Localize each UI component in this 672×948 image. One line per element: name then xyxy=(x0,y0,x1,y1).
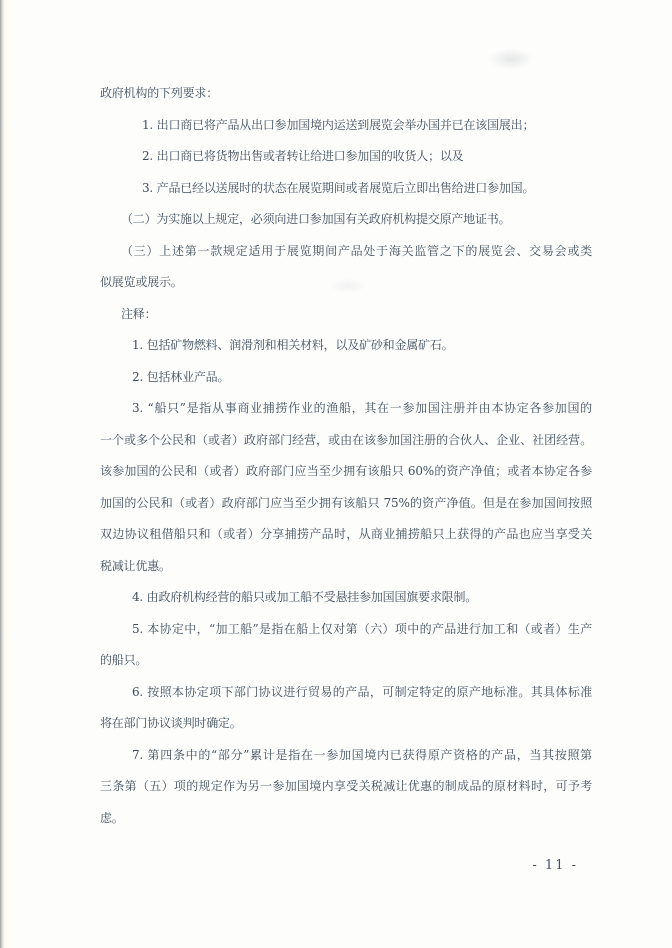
text-line: 1. 出口商已将产品从出口参加国境内运送到展览会举办国并已在该国展出； xyxy=(100,110,592,142)
text-line: 5. 本协定中，“加工船”是指在船上仅对第（六）项中的产品进行加工和（或者）生产 xyxy=(100,614,592,646)
text-line: 三条第（五）项的规定作为另一参加国境内享受关税减让优惠的制成品的原材料时，可予考 xyxy=(100,771,592,803)
paragraph: 政府机构的下列要求： xyxy=(100,78,592,110)
text-line: （三）上述第一款规定适用于展览期间产品处于海关监管之下的展览会、交易会或类 xyxy=(100,236,592,268)
text-line: 3. 产品已经以送展时的状态在展览期间或者展览后立即出售给进口参加国。 xyxy=(100,173,592,205)
paragraph: 3. 产品已经以送展时的状态在展览期间或者展览后立即出售给进口参加国。 xyxy=(100,173,592,205)
text-line: 似展览或展示。 xyxy=(100,267,592,299)
paragraph: （三）上述第一款规定适用于展览期间产品处于海关监管之下的展览会、交易会或类似展览… xyxy=(100,236,592,299)
paragraph: 7. 第四条中的“部分”累计是指在一参加国境内已获得原产资格的产品，当其按照第三… xyxy=(100,740,592,835)
scan-smudge xyxy=(488,48,534,70)
paragraph: 6. 按照本协定项下部门协议进行贸易的产品，可制定特定的原产地标准。其具体标准将… xyxy=(100,677,592,740)
text-line: 加国的公民和（或者）政府部门应当至少拥有该船只 75%的资产净值。但是在参加国间… xyxy=(100,488,592,520)
text-line: 4. 由政府机构经营的船只或加工船不受悬挂参加国国旗要求限制。 xyxy=(100,582,592,614)
paragraph: 1. 包括矿物燃料、润滑剂和相关材料，以及矿砂和金属矿石。 xyxy=(100,330,592,362)
text-line: 虑。 xyxy=(100,803,592,835)
page-number: - 11 - xyxy=(0,858,672,873)
text-line: 政府机构的下列要求： xyxy=(100,78,592,110)
paragraph: 3. “船只”是指从事商业捕捞作业的渔船，其在一参加国注册并由本协定各参加国的一… xyxy=(100,393,592,582)
text-line: 3. “船只”是指从事商业捕捞作业的渔船，其在一参加国注册并由本协定各参加国的 xyxy=(100,393,592,425)
text-line: 双边协议租借船只和（或者）分享捕捞产品时，从商业捕捞船只上获得的产品也应当享受关 xyxy=(100,519,592,551)
text-line: 7. 第四条中的“部分”累计是指在一参加国境内已获得原产资格的产品，当其按照第 xyxy=(100,740,592,772)
document-body: 政府机构的下列要求：1. 出口商已将产品从出口参加国境内运送到展览会举办国并已在… xyxy=(100,78,592,834)
document-page: 政府机构的下列要求：1. 出口商已将产品从出口参加国境内运送到展览会举办国并已在… xyxy=(0,0,672,948)
text-line: （二）为实施以上规定，必须向进口参加国有关政府机构提交原产地证书。 xyxy=(100,204,592,236)
paragraph: 5. 本协定中，“加工船”是指在船上仅对第（六）项中的产品进行加工和（或者）生产… xyxy=(100,614,592,677)
text-line: 1. 包括矿物燃料、润滑剂和相关材料，以及矿砂和金属矿石。 xyxy=(100,330,592,362)
text-line: 的船只。 xyxy=(100,645,592,677)
paragraph: 2. 出口商已将货物出售或者转让给进口参加国的收货人；以及 xyxy=(100,141,592,173)
paragraph: 2. 包括林业产品。 xyxy=(100,362,592,394)
scan-edge-artifact xyxy=(0,0,14,948)
text-line: 2. 包括林业产品。 xyxy=(100,362,592,394)
text-line: 将在部门协议谈判时确定。 xyxy=(100,708,592,740)
text-line: 税减让优惠。 xyxy=(100,551,592,583)
text-line: 6. 按照本协定项下部门协议进行贸易的产品，可制定特定的原产地标准。其具体标准 xyxy=(100,677,592,709)
text-line: 2. 出口商已将货物出售或者转让给进口参加国的收货人；以及 xyxy=(100,141,592,173)
text-line: 一个或多个公民和（或者）政府部门经营，或由在该参加国注册的合伙人、企业、社团经营… xyxy=(100,425,592,457)
paragraph: 注释： xyxy=(100,299,592,331)
paragraph: 1. 出口商已将产品从出口参加国境内运送到展览会举办国并已在该国展出； xyxy=(100,110,592,142)
text-line: 该参加国的公民和（或者）政府部门应当至少拥有该船只 60%的资产净值；或者本协定… xyxy=(100,456,592,488)
text-line: 注释： xyxy=(100,299,592,331)
paragraph: （二）为实施以上规定，必须向进口参加国有关政府机构提交原产地证书。 xyxy=(100,204,592,236)
paragraph: 4. 由政府机构经营的船只或加工船不受悬挂参加国国旗要求限制。 xyxy=(100,582,592,614)
